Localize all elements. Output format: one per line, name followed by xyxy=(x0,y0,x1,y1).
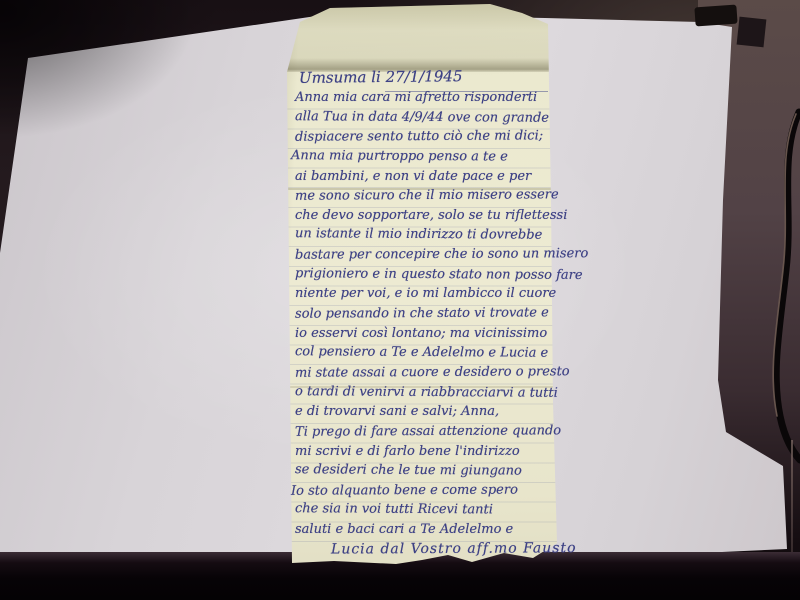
letter-line: saluti e baci cari a Te Adelelmo e xyxy=(291,520,567,540)
letter-line: Anna mia purtroppo penso a te e xyxy=(291,146,567,167)
letter-line: prigioniero e in questo stato non posso … xyxy=(291,264,567,285)
letter-signature-line: Lucia dal Vostro aff.mo Fausto xyxy=(291,539,567,560)
letter-line: che sia in voi tutti Ricevi tanti xyxy=(291,500,567,521)
letter-line: se desideri che le tue mi giungano xyxy=(291,460,567,481)
letter-line: mi scrivi e di farlo bene l'indirizzo xyxy=(291,442,567,462)
letter-line: Ti prego di fare assai attenzione quando xyxy=(291,421,567,442)
letter-line: ai bambini, e non vi date pace e per xyxy=(291,167,567,187)
letter-line: un istante il mio indirizzo ti dovrebbe xyxy=(291,225,567,246)
letter-line: niente per voi, e io mi lambicco il cuor… xyxy=(291,284,567,304)
letter-dateline: Umsuma li 27/1/1945 xyxy=(299,67,463,87)
letter-line: Io sto alquanto bene e come spero xyxy=(291,480,567,501)
letter-line: o tardi di venirvi a riabbracciarvi a tu… xyxy=(291,382,567,403)
letter-line: bastare per concepire che io sono un mis… xyxy=(291,244,567,265)
letter-line: col pensiero a Te e Adelelmo e Lucia e xyxy=(291,342,567,363)
letter-handwriting: Umsuma li 27/1/1945 Anna mia cara mi afr… xyxy=(281,2,601,574)
letter-line: mi state assai a cuore e desidero o pres… xyxy=(291,362,567,383)
letter-line: dispiacere sento tutto ciò che mi dici; xyxy=(291,127,567,148)
letter-body: Anna mia cara mi afretto risponderti all… xyxy=(291,88,567,559)
letter-line: alla Tua in data 4/9/44 ove con grande xyxy=(291,107,567,128)
letter-line: Anna mia cara mi afretto risponderti xyxy=(291,88,567,108)
sheet-corner-shadow xyxy=(737,17,767,48)
letter-line: e di trovarvi sani e salvi; Anna, xyxy=(291,402,567,422)
letter-line: io esservi così lontano; ma vicinissimo xyxy=(291,324,567,344)
letter-line: me sono sicuro che il mio misero essere xyxy=(291,185,567,206)
letter-line: solo pensando in che stato vi trovate e xyxy=(291,303,567,324)
sheet-corner-notch xyxy=(694,5,737,27)
photo-of-letter: Umsuma li 27/1/1945 Anna mia cara mi afr… xyxy=(0,0,800,600)
letter-line: che devo sopportare, solo se tu riflette… xyxy=(291,206,567,226)
